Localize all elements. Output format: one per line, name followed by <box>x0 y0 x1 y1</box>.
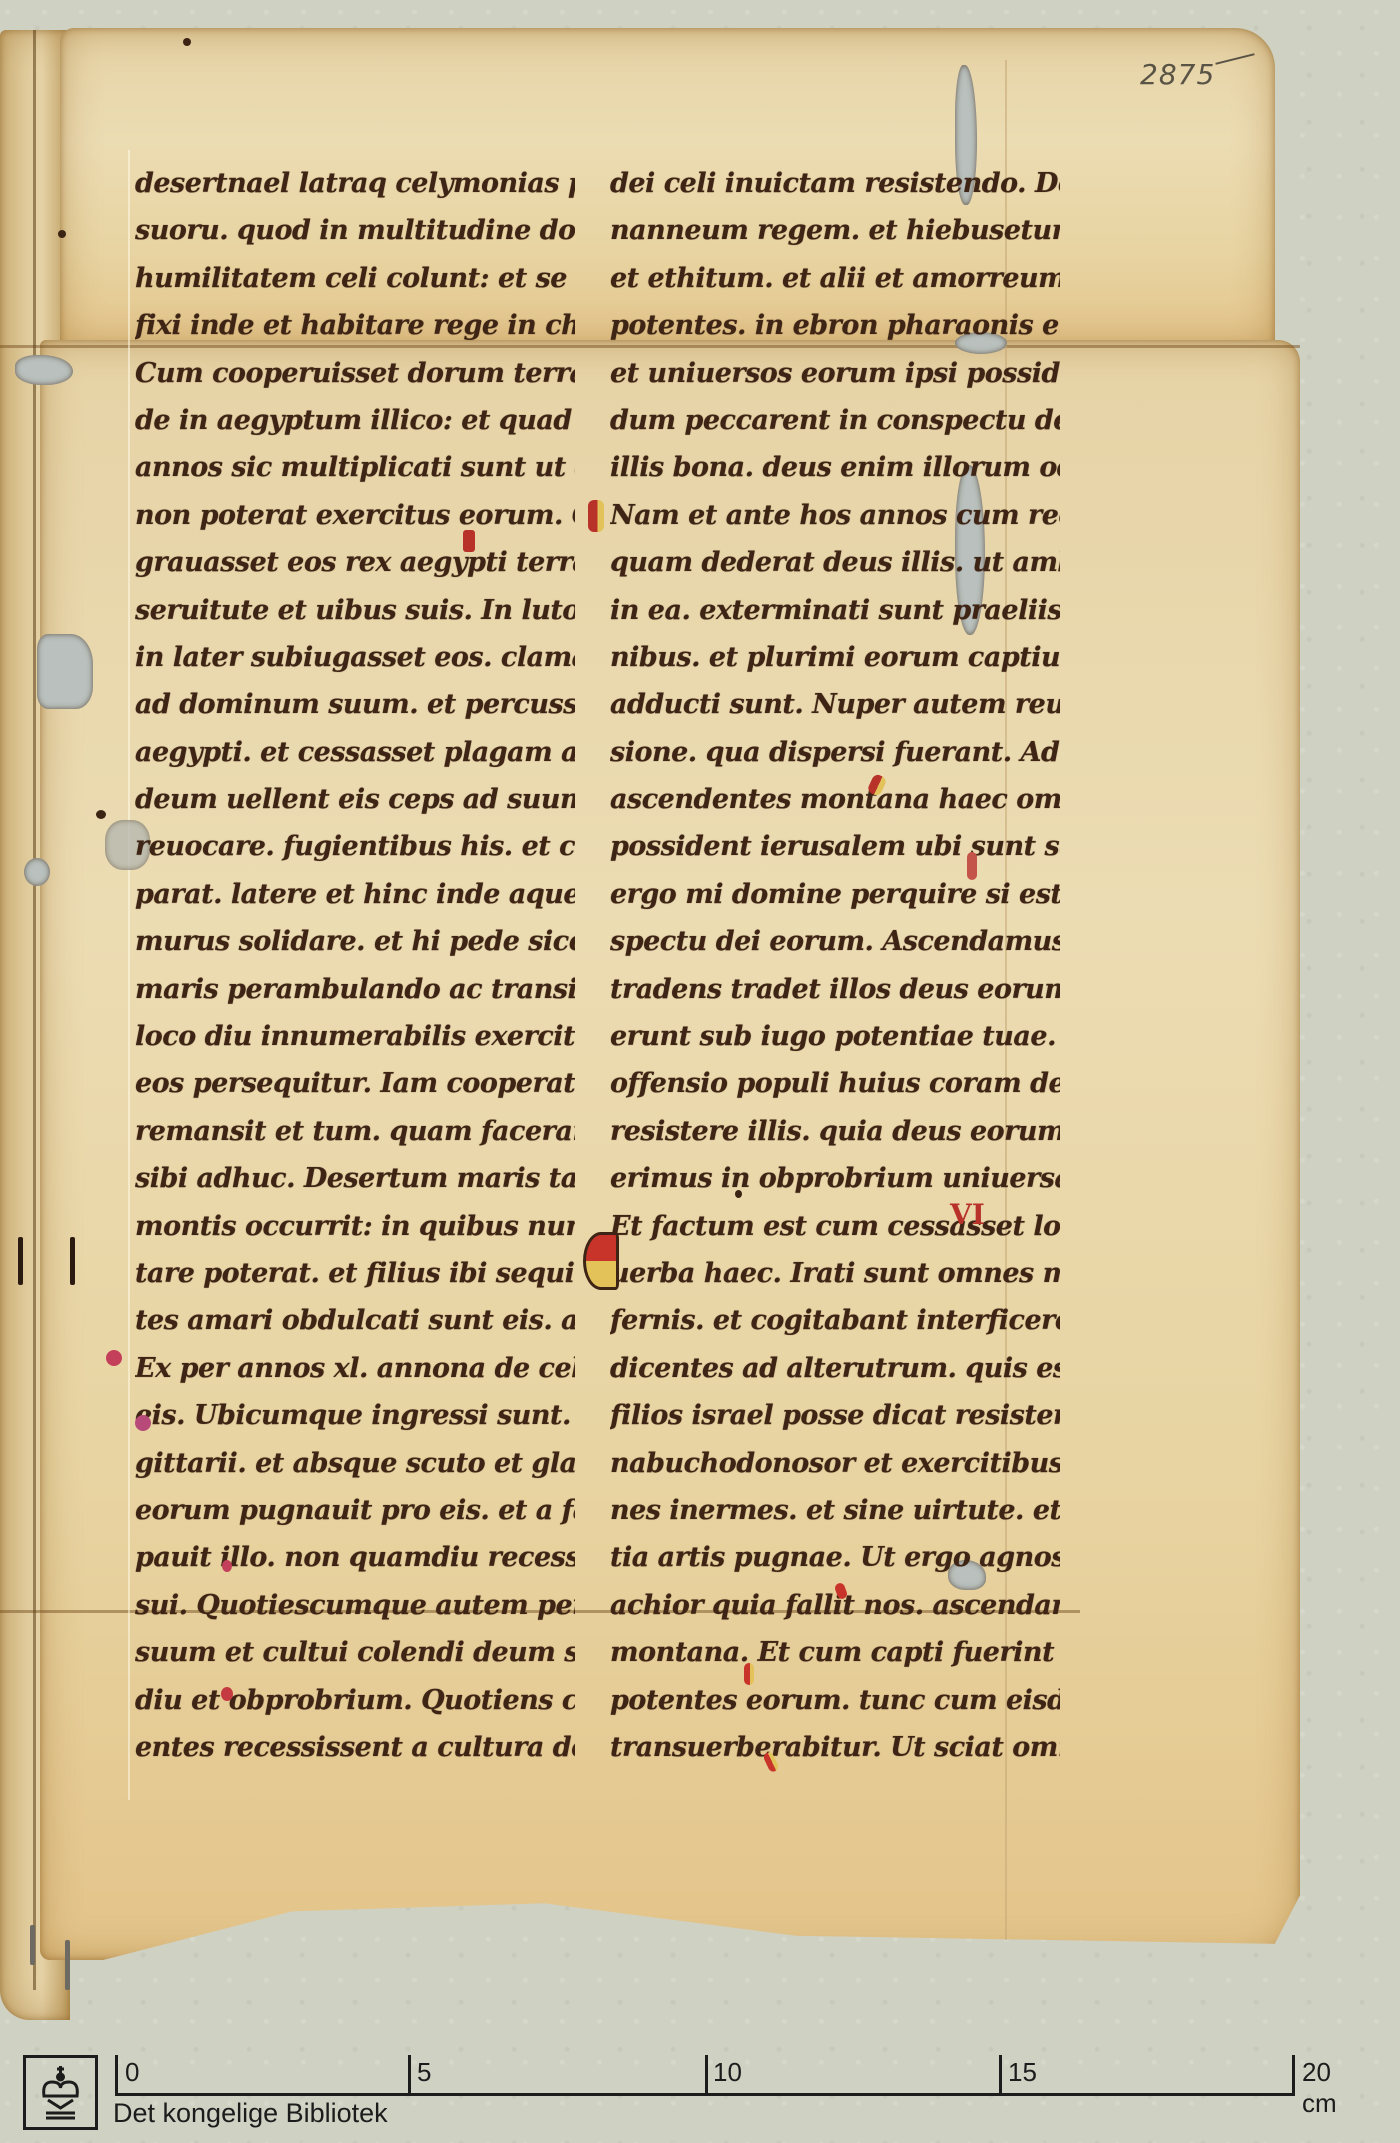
manuscript-line: fixi inde et habitare rege in chaldeam. <box>135 302 575 349</box>
manuscript-line: non poterat exercitus eorum. Cumque <box>135 492 575 539</box>
manuscript-line: Ex per annos xl. annona de celo est data <box>135 1345 575 1392</box>
manuscript-line: erimus in obprobrium uniuersae terrae. <box>610 1155 1060 1202</box>
manuscript-line: Nam et ante hos annos cum recessissent a… <box>610 492 1060 539</box>
scale-tick-label: 20 cm <box>1302 2057 1337 2119</box>
manuscript-line: in later subiugasset eos. clamauerunt <box>135 634 575 681</box>
scale-tick <box>115 2055 118 2096</box>
scale-tick-label: 0 <box>125 2057 139 2088</box>
red-initial-n <box>588 500 604 532</box>
manuscript-line: eorum pugnauit pro eis. et a facie quam … <box>135 1487 575 1534</box>
manuscript-line: ad dominum suum. et percussit totam terr… <box>135 681 575 728</box>
red-initial-e <box>106 1350 122 1366</box>
library-name: Det kongelige Bibliotek <box>113 2098 388 2129</box>
manuscript-line: loco diu innumerabilis exercitus eos per… <box>135 1013 575 1060</box>
parchment-hole <box>24 858 50 886</box>
binding-stitch <box>30 1925 35 1965</box>
manuscript-line: sione. qua dispersi fuerant. Adunati sun… <box>610 729 1060 776</box>
manuscript-line: offensio populi huius coram deo suo. non… <box>610 1060 1060 1107</box>
manuscript-line: aegypti. et cessasset plagam ab eis. et <box>135 729 575 776</box>
manuscript-line: quam dederat deus illis. ut ambularent <box>610 539 1060 586</box>
manuscript-line: pauit illo. non quamdiu recessit a cultu… <box>135 1534 575 1581</box>
shelfmark-annotation: 2875 <box>1140 58 1215 91</box>
manuscript-line: dei celi inuictam resistendo. De nu chae <box>610 160 1060 207</box>
manuscript-line: maris perambulando ac transiterunt. In q… <box>135 966 575 1013</box>
manuscript-line: montis occurrit: in quibus nunquam homo … <box>135 1203 575 1250</box>
binding-stitch <box>70 1237 75 1285</box>
manuscript-line: et ethitum. et alii et amorreum. et omne… <box>610 255 1060 302</box>
manuscript-line: transuerberabitur. Ut sciat omnis gens q… <box>610 1724 1060 1771</box>
red-initial-q <box>221 1687 233 1701</box>
manuscript-line: eis. Ubicumque ingressi sunt. sine arcu.… <box>135 1392 575 1439</box>
parchment-hole <box>37 634 93 709</box>
ruling-line <box>128 150 130 1800</box>
manuscript-line: ascendentes montana haec omnia. et iteru… <box>610 776 1060 823</box>
manuscript-line: eos persequitur. Iam cooperati sunt at n… <box>135 1060 575 1107</box>
manuscript-line: nibus. et plurimi eorum captiui in terra… <box>610 634 1060 681</box>
chapter-numeral: VI <box>950 1198 985 1231</box>
manuscript-line: possident ierusalem ubi sunt sancta eoru… <box>610 823 1060 870</box>
text-column-left: desertnael latraq celymonias prectusuoru… <box>135 160 575 1771</box>
manuscript-line: diu et obprobrium. Quotiens cumque autem… <box>135 1677 575 1724</box>
manuscript-line: tia artis pugnae. Ut ergo agnoscat <box>610 1534 1060 1581</box>
manuscript-line: dum peccarent in conspectu dei sui. eter… <box>610 397 1060 444</box>
manuscript-line: spectu dei eorum. Ascendamus ad illos. q… <box>610 918 1060 965</box>
manuscript-line: reuocare. fugientibus his. et cely mare <box>135 823 575 870</box>
manuscript-line: potentes eorum. tunc cum eisdem gladio <box>610 1677 1060 1724</box>
manuscript-line: grauasset eos rex aegypti terram lutei <box>135 539 575 586</box>
manuscript-line: Et factum est cum cessasset loqui achior <box>610 1203 1060 1250</box>
parchment-hole <box>15 355 73 385</box>
manuscript-line: seruitute et uibus suis. In luto et <box>135 587 575 634</box>
manuscript-line: potentes. in ebron pharaonis et cara <box>610 302 1060 349</box>
manuscript-line: erunt sub iugo potentiae tuae. Si uero n… <box>610 1013 1060 1060</box>
scale-tick-label: 5 <box>417 2057 431 2088</box>
manuscript-line: Cum cooperuisset dorum terra fames deser… <box>135 350 575 397</box>
manuscript-line: ergo mi domine perquire si est aliqua in… <box>610 871 1060 918</box>
manuscript-line: in ea. exterminati sunt praeliis a multi… <box>610 587 1060 634</box>
manuscript-line: fernis. et cogitabant interficere eum <box>610 1297 1060 1344</box>
manuscript-line: parat. latere et hinc inde aque quasi <box>135 871 575 918</box>
binding-stitch <box>65 1940 70 1990</box>
manuscript-line: nanneum regem. et hiebusetum. et fer gez… <box>610 207 1060 254</box>
ink-spot <box>183 38 191 46</box>
scale-tick <box>999 2055 1002 2096</box>
manuscript-line: annos sic multiplicati sunt ut dinumerar… <box>135 444 575 491</box>
scale-tick-label: 15 <box>1008 2057 1037 2088</box>
manuscript-line: desertnael latraq celymonias prectu <box>135 160 575 207</box>
scale-tick <box>1292 2055 1295 2096</box>
binding-stitch <box>18 1237 23 1285</box>
manuscript-line: remansit et tum. quam facerant postea nu… <box>135 1108 575 1155</box>
scale-tick <box>408 2055 411 2096</box>
red-initial-c <box>463 530 475 552</box>
manuscript-line: suoru. quod in multitudine dorum starrt. <box>135 207 575 254</box>
scale-tick-label: 10 <box>713 2057 742 2088</box>
manuscript-line: suum et cultui colendi deum sub pondere … <box>135 1629 575 1676</box>
manuscript-line: tradens tradet illos deus eorum. et subi… <box>610 966 1060 1013</box>
manuscript-line: sui. Quotiescumque autem per ipsum deum <box>135 1582 575 1629</box>
manuscript-line: uerba haec. Irati sunt omnes magnates ho… <box>610 1250 1060 1297</box>
manuscript-line: nes inermes. et sine uirtute. et sine pe… <box>610 1487 1060 1534</box>
manuscript-line: gittarii. et absque scuto et gladio. deu… <box>135 1440 575 1487</box>
red-initial-e-large <box>583 1232 619 1290</box>
manuscript-line: adducti sunt. Nuper autem reuersi ad dom… <box>610 681 1060 728</box>
scale-tick <box>705 2055 708 2096</box>
manuscript-line: resistere illis. quia deus eorum defende… <box>610 1108 1060 1155</box>
manuscript-line: de in aegyptum illico: et quad ignorato <box>135 397 575 444</box>
manuscript-line: filios israel posse dicat resistere regi <box>610 1392 1060 1439</box>
ink-spot <box>58 230 66 238</box>
manuscript-line: nabuchodonosor et exercitibus eius. homi <box>610 1440 1060 1487</box>
red-initial-u <box>135 1415 151 1431</box>
manuscript-line: murus solidare. et hi pede sicco fundum <box>135 918 575 965</box>
ink-spot <box>96 810 106 819</box>
manuscript-line: entes recessissent a cultura dei sui don… <box>135 1724 575 1771</box>
red-initial-n <box>967 852 977 880</box>
text-column-right: dei celi inuictam resistendo. De nu chae… <box>610 160 1060 1771</box>
red-initial-q <box>222 1560 232 1572</box>
manuscript-line: dicentes ad alterutrum. quis est iste qu… <box>610 1345 1060 1392</box>
manuscript-line: montana. Et cum capti fuerint <box>610 1629 1060 1676</box>
library-logo <box>23 2055 98 2130</box>
manuscript-line: sibi adhuc. Desertum maris tabituit dese… <box>135 1155 575 1202</box>
scale-line <box>115 2093 1293 2096</box>
crown-logo-icon <box>26 2058 95 2127</box>
manuscript-line: humilitatem celi colunt: et se potest hi… <box>135 255 575 302</box>
manuscript-line: illis bona. deus enim illorum odit iniqu… <box>610 444 1060 491</box>
manuscript-line: tes amari obdulcati sunt eis. ad bibendu… <box>135 1297 575 1344</box>
manuscript-line: et uniuersos eorum ipsi possidebant. Cep… <box>610 350 1060 397</box>
red-initial-e <box>744 1663 754 1685</box>
manuscript-line: deum uellent eis ceps ad suum seruitium <box>135 776 575 823</box>
manuscript-line: tare poterat. et filius ibi sequitur. Il… <box>135 1250 575 1297</box>
vertical-fold <box>33 30 36 1990</box>
